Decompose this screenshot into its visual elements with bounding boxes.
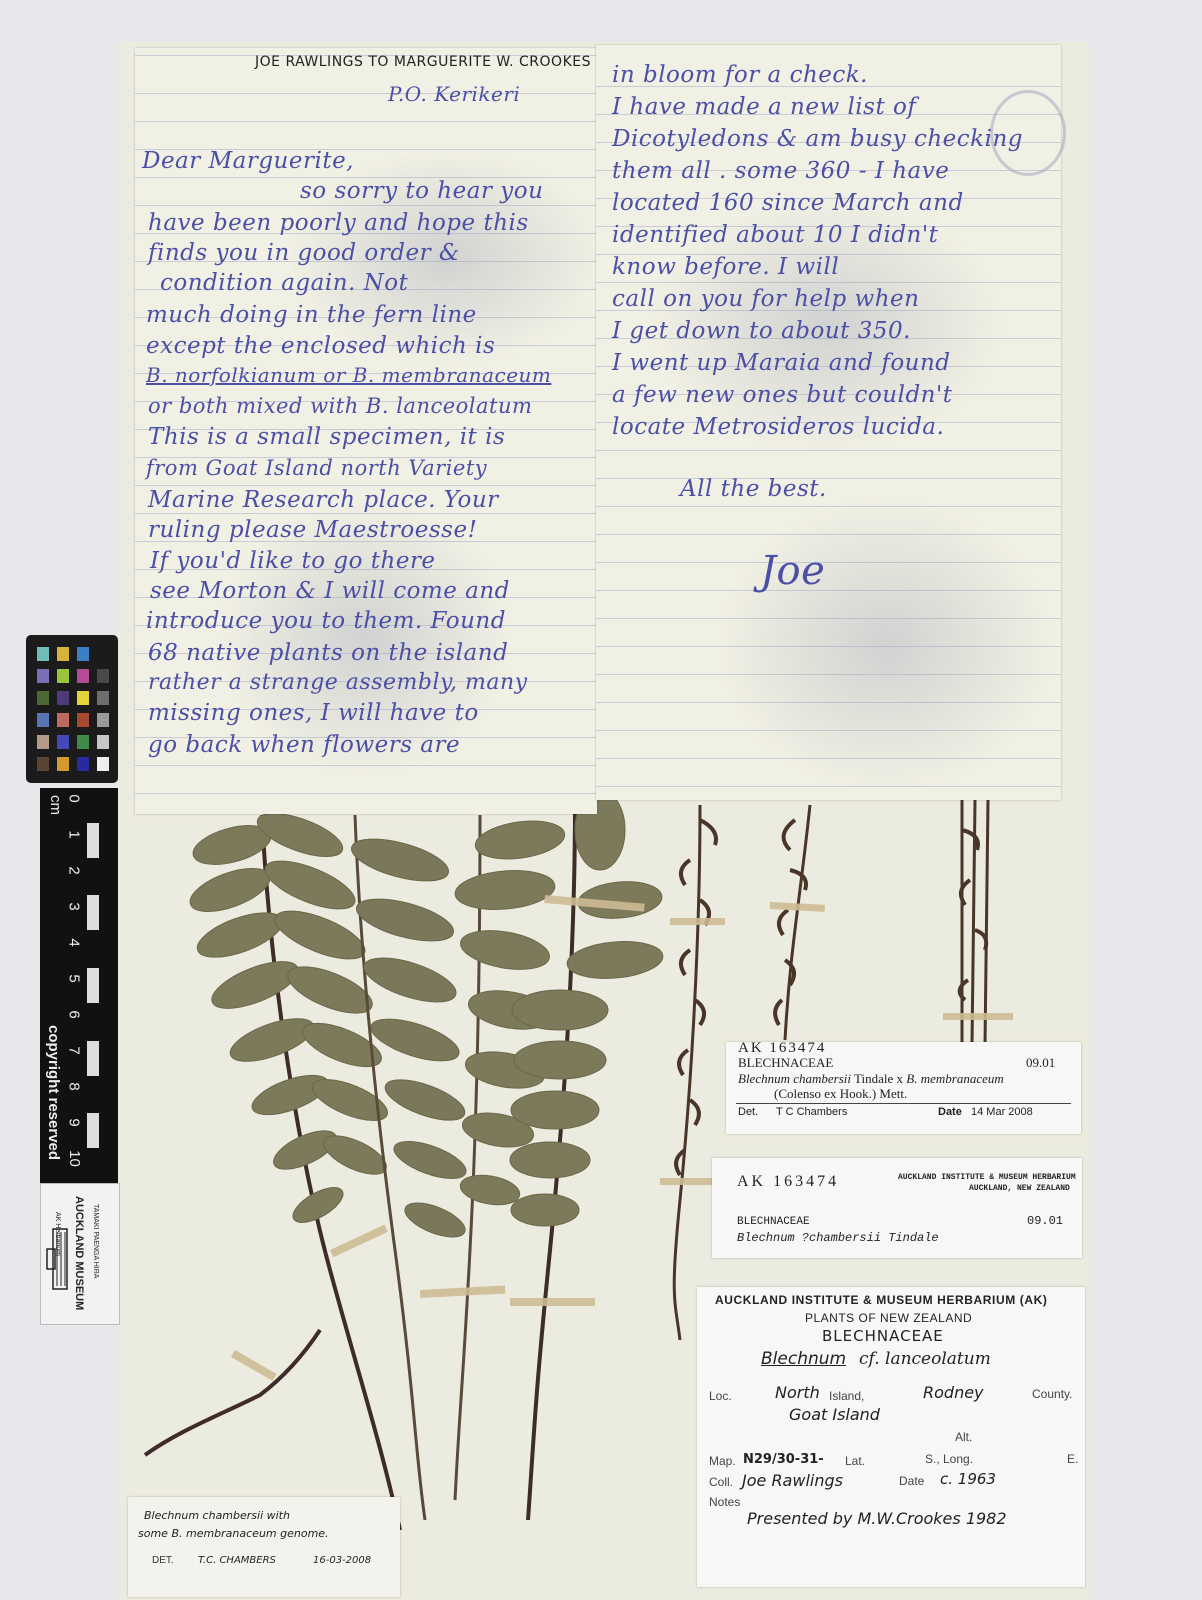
color-patch xyxy=(97,669,109,683)
color-patch xyxy=(37,691,49,705)
letter-address: P.O. Kerikeri xyxy=(388,82,520,106)
color-calibration-chart xyxy=(26,635,118,783)
color-patch xyxy=(77,713,89,727)
museum-building-icon xyxy=(45,1224,77,1294)
copyright-notice: copyright reserved xyxy=(45,1025,62,1160)
fertile-frond-1 xyxy=(674,805,716,1340)
collection-label: AUCKLAND INSTITUTE & MUSEUM HERBARIUM (A… xyxy=(697,1287,1085,1587)
color-patch xyxy=(57,713,69,727)
color-patch xyxy=(57,735,69,749)
fertile-frond-2 xyxy=(775,805,810,1040)
color-patch xyxy=(37,757,49,771)
color-patch xyxy=(57,647,69,661)
determination-label-2008: AK 163474 BLECHNACEAE 09.01 Blechnum cha… xyxy=(726,1042,1081,1134)
color-patch xyxy=(77,735,89,749)
color-patch xyxy=(77,757,89,771)
determination-slip: Blechnum chambersii with some B. membran… xyxy=(128,1497,400,1597)
letter-header: JOE RAWLINGS TO MARGUERITE W. CROOKES xyxy=(255,54,591,70)
signature: Joe xyxy=(760,548,825,594)
color-patch xyxy=(97,691,109,705)
accession-label: AK 163474 AUCKLAND INSTITUTE & MUSEUM HE… xyxy=(712,1158,1082,1258)
fertile-frond-3 xyxy=(960,800,988,1045)
color-patch xyxy=(97,757,109,771)
color-patch xyxy=(77,691,89,705)
color-patch xyxy=(97,713,109,727)
color-patch xyxy=(97,647,109,661)
color-patch xyxy=(37,669,49,683)
color-patch xyxy=(37,713,49,727)
color-patch xyxy=(57,757,69,771)
color-patch xyxy=(77,647,89,661)
color-patch xyxy=(37,647,49,661)
auckland-museum-card: TAMAKI PAENGA HIRA AUCKLAND MUSEUM AK He… xyxy=(40,1183,120,1325)
color-patch xyxy=(97,735,109,749)
scale-unit: cm xyxy=(47,795,64,815)
color-patch xyxy=(77,669,89,683)
color-patch xyxy=(57,691,69,705)
color-patch xyxy=(37,735,49,749)
color-patch xyxy=(57,669,69,683)
